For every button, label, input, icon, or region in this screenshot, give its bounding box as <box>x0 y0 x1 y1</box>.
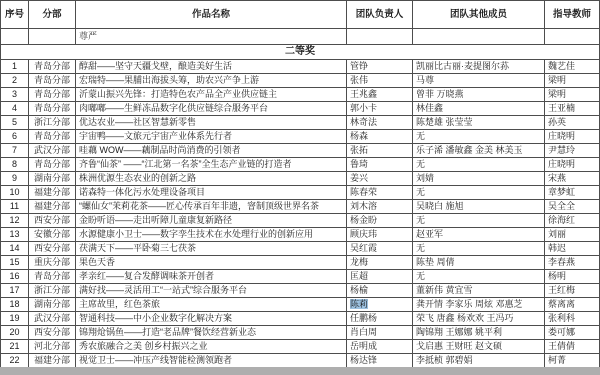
cell-members: 曾菲 万晓燕 <box>413 88 545 102</box>
cell-leader: 郭小卡 <box>347 102 413 116</box>
cell-advisor: 李春燕 <box>545 256 600 270</box>
document-page: 序号分部作品名称团队负责人团队其他成员指导教师 尊严 二等奖 1青岛分部醇甜——… <box>0 0 600 375</box>
cell-branch: 福建分部 <box>29 354 76 368</box>
cell-branch: 浙江分部 <box>29 116 76 130</box>
carryover-title-cell: 尊严 <box>76 29 347 45</box>
cell-members: 刘婧 <box>413 172 545 186</box>
cell-advisor: 孙英 <box>545 116 600 130</box>
cell-advisor: 柯菁 <box>545 354 600 368</box>
column-header: 团队其他成员 <box>413 1 545 29</box>
cell-leader: 吴红霞 <box>347 242 413 256</box>
cell-title: “螺仙女”茉莉花茶——匠心传承百年非遗，窨制顶级世界名茶 <box>76 200 347 214</box>
selected-text[interactable]: 陈莉 <box>350 299 368 309</box>
carryover-members-cell <box>413 29 545 45</box>
cell-branch: 武汉分部 <box>29 312 76 326</box>
cell-title: 诺森特一体化污水处理设备项目 <box>76 186 347 200</box>
cell-members: 董新伟 黄宜雪 <box>413 284 545 298</box>
table-row: 18湖南分部主席故里，红色茶旅陈莉龚开情 李家乐 周炫 邓惠芝蔡离离 <box>1 298 600 312</box>
cell-advisor: 娄可娜 <box>545 326 600 340</box>
cell-no: 18 <box>1 298 29 312</box>
cell-title: 智通科技——中小企业数字化解决方案 <box>76 312 347 326</box>
cell-leader: 鲁琦 <box>347 158 413 172</box>
cell-title: 宇宙鸭——文旅元宇宙产业体系先行者 <box>76 130 347 144</box>
cell-advisor: 杨明 <box>545 270 600 284</box>
cell-title: 金盼听语——走出听障儿童康复新路径 <box>76 214 347 228</box>
carryover-leader-cell <box>347 29 413 45</box>
cell-no: 11 <box>1 200 29 214</box>
cell-members: 荣飞 唐鑫 杨欢欢 王冯巧 <box>413 312 545 326</box>
cell-title: 秀农旅融合之美 创乡村振兴之业 <box>76 340 347 354</box>
cell-advisor: 刘丽 <box>545 228 600 242</box>
cell-members: 无 <box>413 270 545 284</box>
cell-branch: 福建分部 <box>29 200 76 214</box>
cell-title: 主席故里，红色茶旅 <box>76 298 347 312</box>
cell-leader: 岳明成 <box>347 340 413 354</box>
cell-branch: 青岛分部 <box>29 158 76 172</box>
cell-members: 李抵桢 郭碧娟 <box>413 354 545 368</box>
cell-no: 21 <box>1 340 29 354</box>
cell-title: 视觉卫士——冲压产线智能检测领跑者 <box>76 354 347 368</box>
table-header-row: 序号分部作品名称团队负责人团队其他成员指导教师 <box>1 1 600 29</box>
cell-advisor: 梁明 <box>545 88 600 102</box>
cell-title: 满好找——灵活用工“一站式”综合服务平台 <box>76 284 347 298</box>
cell-branch: 西安分部 <box>29 242 76 256</box>
table-row: 19武汉分部智通科技——中小企业数字化解决方案任鹏杨荣飞 唐鑫 杨欢欢 王冯巧张… <box>1 312 600 326</box>
cell-no: 10 <box>1 186 29 200</box>
cell-leader: 龙梅 <box>347 256 413 270</box>
cell-advisor: 王倩倩 <box>545 340 600 354</box>
table-row: 8青岛分部齐鲁“仙茶” ——“江北第一名茶”全生态产业链的打造者鲁琦无庄晓明 <box>1 158 600 172</box>
cell-members: 吴晓白 施旭 <box>413 200 545 214</box>
cell-branch: 青岛分部 <box>29 102 76 116</box>
cell-advisor: 蔡离离 <box>545 298 600 312</box>
column-header: 指导教师 <box>545 1 600 29</box>
table-row: 7武汉分部哇藕 WOW——藕制品时尚消费的引领者张拓乐子浠 潘敏鑫 金美 林美玉… <box>1 144 600 158</box>
cell-branch: 浙江分部 <box>29 284 76 298</box>
cell-advisor: 魏艺佳 <box>545 60 600 74</box>
cell-members: 陶锦翔 王娜娜 姚平利 <box>413 326 545 340</box>
cell-branch: 湖南分部 <box>29 172 76 186</box>
cell-members: 林佳鑫 <box>413 102 545 116</box>
cell-title: 醇甜——坚守天疆戈壁，酿造美好生活 <box>76 60 347 74</box>
cell-members: 戈启惠 王财旺 赵文硕 <box>413 340 545 354</box>
cell-advisor: 吴全全 <box>545 200 600 214</box>
cell-no: 5 <box>1 116 29 130</box>
cell-advisor: 尹慧玲 <box>545 144 600 158</box>
table-row: 1青岛分部醇甜——坚守天疆戈壁，酿造美好生活管铮凯丽比古丽·麦提图尔荪魏艺佳 <box>1 60 600 74</box>
cell-branch: 湖南分部 <box>29 298 76 312</box>
column-header: 作品名称 <box>76 1 347 29</box>
cell-title: 水源健康小卫士——数字孪生技术在水处理行业的创新应用 <box>76 228 347 242</box>
cell-title: 齐鲁“仙茶” ——“江北第一名茶”全生态产业链的打造者 <box>76 158 347 172</box>
cell-no: 4 <box>1 102 29 116</box>
column-header: 团队负责人 <box>347 1 413 29</box>
cell-branch: 青岛分部 <box>29 270 76 284</box>
cell-branch: 青岛分部 <box>29 74 76 88</box>
cell-title: 孝亲红——复合发酵调味茶开创者 <box>76 270 347 284</box>
cell-title: 沂蒙山振兴先锋：打造特色农产品全产业供应链主 <box>76 88 347 102</box>
carryover-row: 尊严 <box>1 29 600 45</box>
section-row: 二等奖 <box>1 45 600 60</box>
cell-advisor: 韩迟 <box>545 242 600 256</box>
cell-branch: 西安分部 <box>29 326 76 340</box>
table-row: 3青岛分部沂蒙山振兴先锋：打造特色农产品全产业供应链主王兆鑫曾菲 万晓燕梁明 <box>1 88 600 102</box>
cell-title: 株洲优源生态农业的创新之路 <box>76 172 347 186</box>
cell-advisor: 梁明 <box>545 74 600 88</box>
cell-advisor: 宋燕 <box>545 172 600 186</box>
cell-no: 17 <box>1 284 29 298</box>
cell-members: 无 <box>413 186 545 200</box>
cell-leader: 杨达锋 <box>347 354 413 368</box>
cell-no: 12 <box>1 214 29 228</box>
cell-advisor: 张利科 <box>545 312 600 326</box>
cell-no: 2 <box>1 74 29 88</box>
cell-no: 6 <box>1 130 29 144</box>
cell-title: 哇藕 WOW——藕制品时尚消费的引领者 <box>76 144 347 158</box>
cell-no: 8 <box>1 158 29 172</box>
cell-branch: 青岛分部 <box>29 60 76 74</box>
cell-branch: 重庆分部 <box>29 256 76 270</box>
cell-leader: 陈春荣 <box>347 186 413 200</box>
cell-no: 20 <box>1 326 29 340</box>
cell-leader: 顾庆玮 <box>347 228 413 242</box>
cell-title: 茯满天下——平卧菊三七茯茶 <box>76 242 347 256</box>
cell-branch: 西安分部 <box>29 214 76 228</box>
table-row: 2青岛分部宏瑞特——果脯出海拔头筹，助农兴产争上游张伟马尊梁明 <box>1 74 600 88</box>
cell-leader: 匡超 <box>347 270 413 284</box>
cell-advisor: 王亚楠 <box>545 102 600 116</box>
cell-members: 无 <box>413 214 545 228</box>
cell-leader: 姜兴 <box>347 172 413 186</box>
cell-title: 肉嘟嘟——生鲜冻品数字化供应链综合服务平台 <box>76 102 347 116</box>
cell-branch: 安徽分部 <box>29 228 76 242</box>
cell-branch: 青岛分部 <box>29 130 76 144</box>
cell-no: 14 <box>1 242 29 256</box>
cell-leader: 刘木溶 <box>347 200 413 214</box>
cell-members: 无 <box>413 158 545 172</box>
cell-leader: 张拓 <box>347 144 413 158</box>
table-row: 12西安分部金盼听语——走出听障儿童康复新路径杨金盼无徐海红 <box>1 214 600 228</box>
cell-leader: 张伟 <box>347 74 413 88</box>
table-row: 11福建分部“螺仙女”茉莉花茶——匠心传承百年非遗，窨制顶级世界名茶刘木溶吴晓白… <box>1 200 600 214</box>
cell-title: 优达农业——社区智慧新零售 <box>76 116 347 130</box>
cell-title: 锦翔炝锅鱼——打造“老品牌”餐饮经营新业态 <box>76 326 347 340</box>
table-row: 22福建分部视觉卫士——冲压产线智能检测领跑者杨达锋李抵桢 郭碧娟柯菁 <box>1 354 600 368</box>
cell-leader: 管铮 <box>347 60 413 74</box>
cell-title: 果色天香 <box>76 256 347 270</box>
table-row: 21河北分部秀农旅融合之美 创乡村振兴之业岳明成戈启惠 王财旺 赵文硕王倩倩 <box>1 340 600 354</box>
cell-advisor: 徐海红 <box>545 214 600 228</box>
bottom-scroll-edge <box>0 367 600 375</box>
cell-leader: 王兆鑫 <box>347 88 413 102</box>
table-body: 尊严 二等奖 1青岛分部醇甜——坚守天疆戈壁，酿造美好生活管铮凯丽比古丽·麦提图… <box>1 29 600 368</box>
cell-branch: 河北分部 <box>29 340 76 354</box>
cell-leader: 林奇法 <box>347 116 413 130</box>
cell-branch: 武汉分部 <box>29 144 76 158</box>
cell-no: 1 <box>1 60 29 74</box>
table-row: 10福建分部诺森特一体化污水处理设备项目陈春荣无章梦虹 <box>1 186 600 200</box>
cell-leader: 杨森 <box>347 130 413 144</box>
cell-advisor: 庄晓明 <box>545 130 600 144</box>
table-row: 6青岛分部宇宙鸭——文旅元宇宙产业体系先行者杨森无庄晓明 <box>1 130 600 144</box>
cell-leader: 任鹏杨 <box>347 312 413 326</box>
cell-advisor: 王红梅 <box>545 284 600 298</box>
cell-no: 7 <box>1 144 29 158</box>
table-row: 5浙江分部优达农业——社区智慧新零售林奇法陈楚雄 张莹莹孙英 <box>1 116 600 130</box>
column-header: 序号 <box>1 1 29 29</box>
cell-advisor: 章梦虹 <box>545 186 600 200</box>
cell-no: 9 <box>1 172 29 186</box>
cell-leader: 肖白周 <box>347 326 413 340</box>
carryover-branch-cell <box>29 29 76 45</box>
awards-table: 序号分部作品名称团队负责人团队其他成员指导教师 尊严 二等奖 1青岛分部醇甜——… <box>0 0 600 368</box>
cell-branch: 青岛分部 <box>29 88 76 102</box>
column-header: 分部 <box>29 1 76 29</box>
section-title: 二等奖 <box>1 45 600 60</box>
carryover-advisor-cell <box>545 29 600 45</box>
cell-title: 宏瑞特——果脯出海拔头筹，助农兴产争上游 <box>76 74 347 88</box>
table-row: 16青岛分部孝亲红——复合发酵调味茶开创者匡超无杨明 <box>1 270 600 284</box>
table-row: 17浙江分部满好找——灵活用工“一站式”综合服务平台杨榆董新伟 黄宜雪王红梅 <box>1 284 600 298</box>
table-row: 14西安分部茯满天下——平卧菊三七茯茶吴红霞无韩迟 <box>1 242 600 256</box>
cell-no: 22 <box>1 354 29 368</box>
cell-members: 陈垫 周倩 <box>413 256 545 270</box>
cell-no: 15 <box>1 256 29 270</box>
cell-no: 3 <box>1 88 29 102</box>
table-row: 9湖南分部株洲优源生态农业的创新之路姜兴刘婧宋燕 <box>1 172 600 186</box>
cell-members: 赵亚军 <box>413 228 545 242</box>
table-row: 15重庆分部果色天香龙梅陈垫 周倩李春燕 <box>1 256 600 270</box>
table-row: 4青岛分部肉嘟嘟——生鲜冻品数字化供应链综合服务平台郭小卡林佳鑫王亚楠 <box>1 102 600 116</box>
cell-members: 马尊 <box>413 74 545 88</box>
cell-leader: 陈莉 <box>347 298 413 312</box>
cell-no: 13 <box>1 228 29 242</box>
cell-leader: 杨榆 <box>347 284 413 298</box>
carryover-no-cell <box>1 29 29 45</box>
cell-members: 无 <box>413 242 545 256</box>
cell-members: 无 <box>413 130 545 144</box>
table-row: 20西安分部锦翔炝锅鱼——打造“老品牌”餐饮经营新业态肖白周陶锦翔 王娜娜 姚平… <box>1 326 600 340</box>
cell-members: 凯丽比古丽·麦提图尔荪 <box>413 60 545 74</box>
cell-branch: 福建分部 <box>29 186 76 200</box>
cell-members: 乐子浠 潘敏鑫 金美 林美玉 <box>413 144 545 158</box>
table-row: 13安徽分部水源健康小卫士——数字孪生技术在水处理行业的创新应用顾庆玮赵亚军刘丽 <box>1 228 600 242</box>
cell-leader: 杨金盼 <box>347 214 413 228</box>
cell-advisor: 庄晓明 <box>545 158 600 172</box>
cell-members: 龚开情 李家乐 周炫 邓惠芝 <box>413 298 545 312</box>
cell-members: 陈楚雄 张莹莹 <box>413 116 545 130</box>
cell-no: 16 <box>1 270 29 284</box>
cell-no: 19 <box>1 312 29 326</box>
